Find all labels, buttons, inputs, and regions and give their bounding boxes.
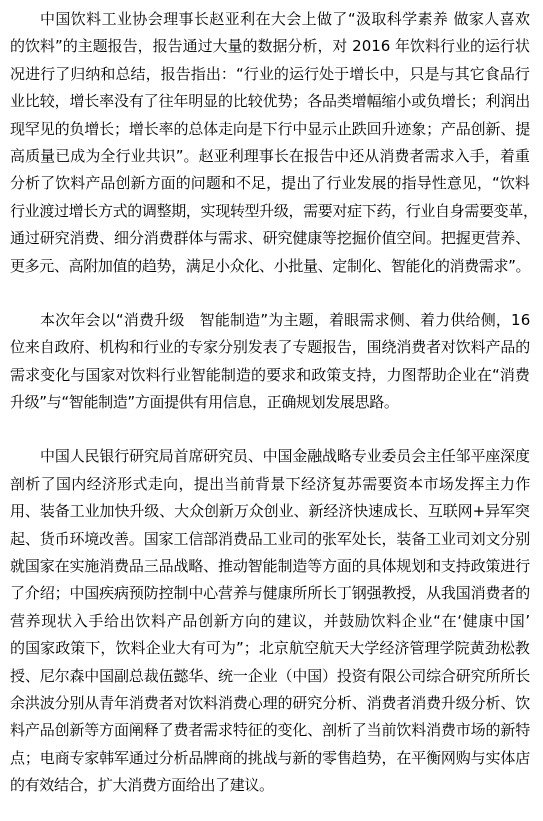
- text-line: 中国饮料工业协会理事长赵亚利在大会上做了“汲取科学素养 做家人喜欢: [10, 6, 530, 33]
- text-line: 的饮料”的主题报告，报告通过大量的数据分析，对 2016 年饮料行业的运行状: [10, 33, 530, 60]
- article-body: 中国饮料工业协会理事长赵亚利在大会上做了“汲取科学素养 做家人喜欢 的饮料”的主…: [10, 6, 530, 821]
- text-line: 余洪波分别从青年消费者对饮料消费心理的研究分析、消费者消费升级分析、饮: [10, 690, 530, 717]
- text-line: 料产品创新等方面阐释了费者需求特征的变化、剖析了当前饮料消费市场的新特: [10, 717, 530, 744]
- text-line: 本次年会以“消费升级 智能制造”为主题，着眼需求侧、着力供给侧，16: [10, 307, 530, 334]
- text-line: 分析了饮料产品创新方面的问题和不足，提出了行业发展的指导性意见，“饮料: [10, 170, 530, 197]
- paragraph-annual-theme: 本次年会以“消费升级 智能制造”为主题，着眼需求侧、着力供给侧，16 位来自政府…: [10, 307, 530, 417]
- text-line: 的有效结合，扩大消费方面给出了建议。: [10, 772, 530, 799]
- text-line: 况进行了归纳和总结，报告指出：“行业的运行处于增长中，只是与其它食品行: [10, 61, 530, 88]
- text-line: 授、尼尔森中国副总裁伍懿华、统一企业（中国）投资有限公司综合研究所所长: [10, 663, 530, 690]
- text-line: 点；电商专家韩军通过分析品牌商的挑战与新的零售趋势，在平衡网购与实体店: [10, 745, 530, 772]
- text-line: 起、货币环境改善。国家工信部消费品工业司的张军处长，装备工业司刘文分别: [10, 526, 530, 553]
- paragraph-expert-reports: 中国人民银行研究局首席研究员、中国金融战略专业委员会主任邹平座深度 剖析了国内经…: [10, 443, 530, 799]
- text-line: 就国家在实施消费品三品战略、推动智能制造等方面的具体规划和支持政策进行: [10, 553, 530, 580]
- text-line: 位来自政府、机构和行业的专家分别发表了专题报告，围绕消费者对饮料产品的: [10, 334, 530, 361]
- text-line: 用、装备工业加快升级、大众创新万众创业、新经济快速成长、互联网+异军突: [10, 498, 530, 525]
- text-line: 更多元、高附加值的趋势，满足小众化、小批量、定制化、智能化的消费需求”。: [10, 253, 530, 280]
- text-line: 通过研究消费、细分消费群体与需求、研究健康等挖掘价值空间。把握更营养、: [10, 225, 530, 252]
- text-line: 行业渡过增长方式的调整期，实现转型升级，需要对症下药，行业自身需要变革，: [10, 198, 530, 225]
- text-line: 高质量已成为全行业共识”。赵亚利理事长在报告中还从消费者需求入手，着重: [10, 143, 530, 170]
- text-line: 了介绍；中国疾病预防控制中心营养与健康所所长丁钢强教授，从我国消费者的: [10, 580, 530, 607]
- text-line: 业比较，增长率没有了往年明显的比较优势；各品类增幅缩小或负增长；利润出: [10, 88, 530, 115]
- paragraph-keynote-report: 中国饮料工业协会理事长赵亚利在大会上做了“汲取科学素养 做家人喜欢 的饮料”的主…: [10, 6, 530, 280]
- text-line: 中国人民银行研究局首席研究员、中国金融战略专业委员会主任邹平座深度: [10, 443, 530, 470]
- text-line: 的国家政策下，饮料企业大有可为”；北京航空航天大学经济管理学院黄劲松教: [10, 635, 530, 662]
- text-line: 需求变化与国家对饮料行业智能制造的要求和政策支持，力图帮助企业在“消费: [10, 362, 530, 389]
- text-line: 现罕见的负增长；增长率的总体走向是下行中显示止跌回升迹象；产品创新、提: [10, 116, 530, 143]
- text-line: 升级”与“智能制造”方面提供有用信息，正确规划发展思路。: [10, 389, 530, 416]
- text-line: 剖析了国内经济形式走向，提出当前背景下经济复苏需要资本市场发挥主力作: [10, 471, 530, 498]
- text-line: 营养现状入手给出饮料产品创新方向的建议，并鼓励饮料企业“在‘健康中国’: [10, 608, 530, 635]
